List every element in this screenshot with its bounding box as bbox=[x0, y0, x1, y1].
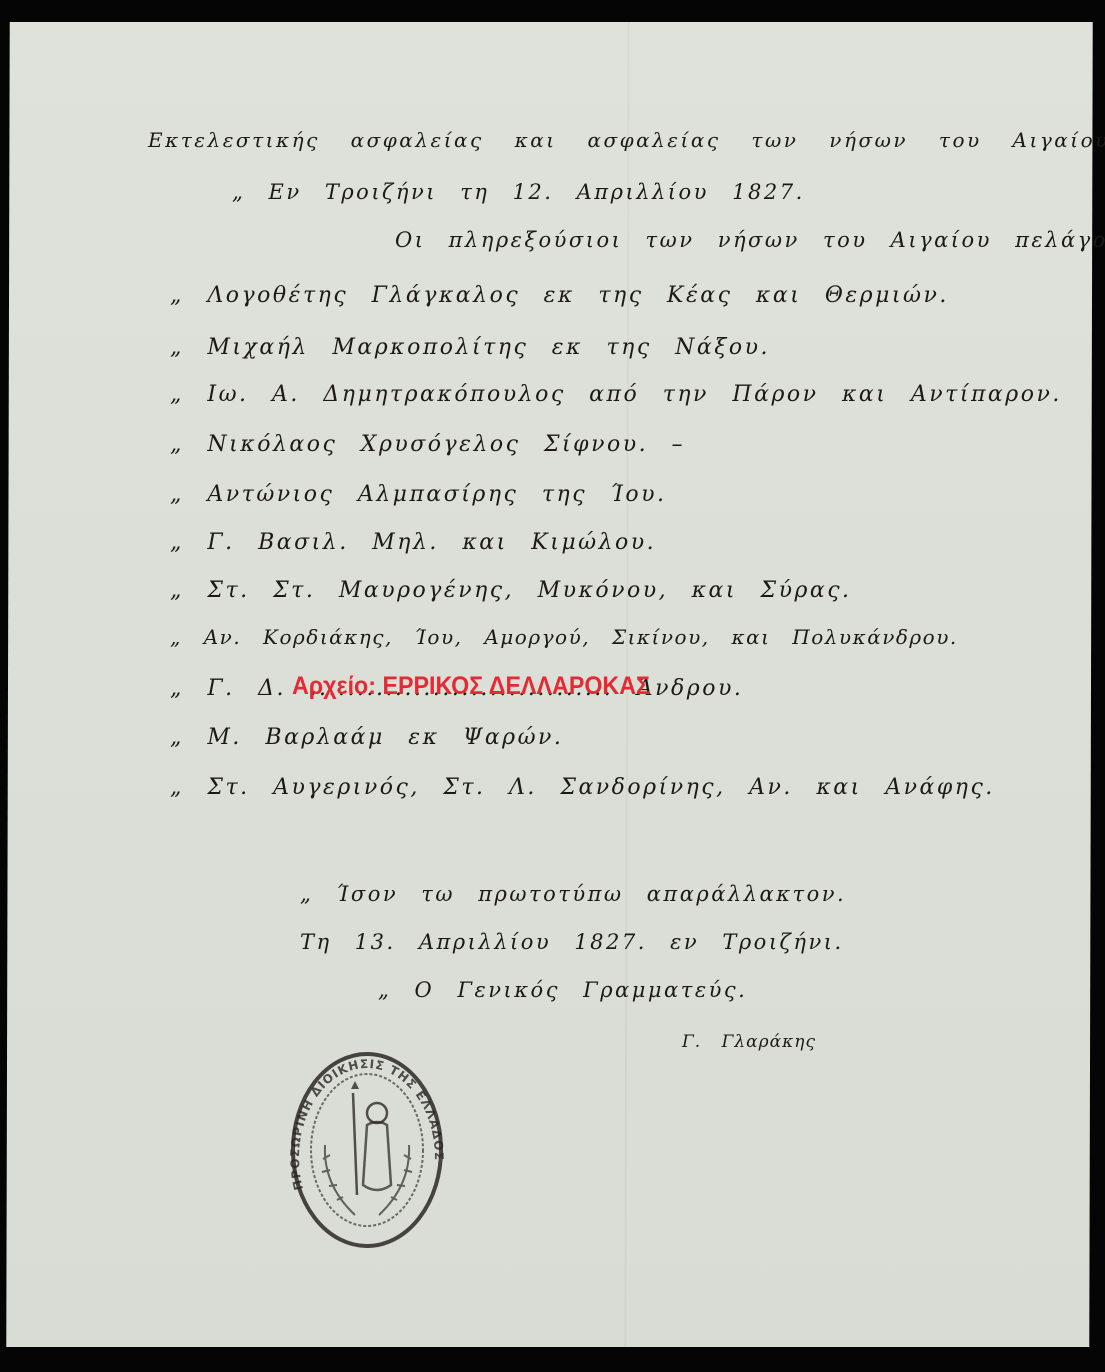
list-item: „ Στ. Στ. Μαυρογένης, Μυκόνου, και Σύρας… bbox=[170, 578, 852, 603]
list-item: „ Ιω. Α. Δημητρακόπουλος από την Πάρον κ… bbox=[170, 382, 1062, 407]
secretary-title: „ Ο Γενικός Γραμματεύς. bbox=[378, 978, 747, 1002]
certification-line: „ Ίσον τω πρωτοτύπω απαράλλακτον. bbox=[300, 882, 846, 906]
archive-watermark: Αρχείο: ΕΡΡΙΚΟΣ ΔΕΛΛΑΡΟΚΑΣ bbox=[292, 672, 650, 701]
list-item: „ Στ. Αυγερινός, Στ. Λ. Σανδορίνης, Αν. … bbox=[170, 775, 995, 800]
official-seal-icon: ΠΡΟΣΩΡΙΝΗ ΔΙΟΙΚΗΣΙΣ ΤΗΣ ΕΛΛΑΔΟΣ bbox=[285, 1045, 450, 1255]
header-line-1: Εκτελεστικής ασφαλείας και ασφαλείας των… bbox=[148, 128, 1105, 152]
list-item: „ Νικόλαος Χρυσόγελος Σίφνου. – bbox=[170, 432, 685, 457]
header-title-line: Οι πληρεξούσιοι των νήσων του Αιγαίου πε… bbox=[395, 228, 1105, 252]
list-item: „ Μ. Βαρλαάμ εκ Ψαρών. bbox=[170, 725, 563, 750]
header-date-line: „ Εν Τροιζήνι τη 12. Απριλλίου 1827. bbox=[232, 180, 805, 204]
closing-date-line: Τη 13. Απριλλίου 1827. εν Τροιζήνι. bbox=[300, 930, 844, 954]
signature: Γ. Γλαράκης bbox=[682, 1032, 816, 1052]
list-item: „ Αντώνιος Αλμπασίρης της Ίου. bbox=[170, 482, 666, 507]
list-item: „ Γ. Βασιλ. Μηλ. και Κιμώλου. bbox=[170, 530, 656, 555]
list-item: „ Αν. Κορδιάκης, Ίου, Αμοργού, Σικίνου, … bbox=[170, 625, 958, 649]
list-item: „ Λογοθέτης Γλάγκαλος εκ της Κέας και Θε… bbox=[170, 283, 949, 308]
list-item: „ Μιχαήλ Μαρκοπολίτης εκ της Νάξου. bbox=[170, 335, 770, 360]
